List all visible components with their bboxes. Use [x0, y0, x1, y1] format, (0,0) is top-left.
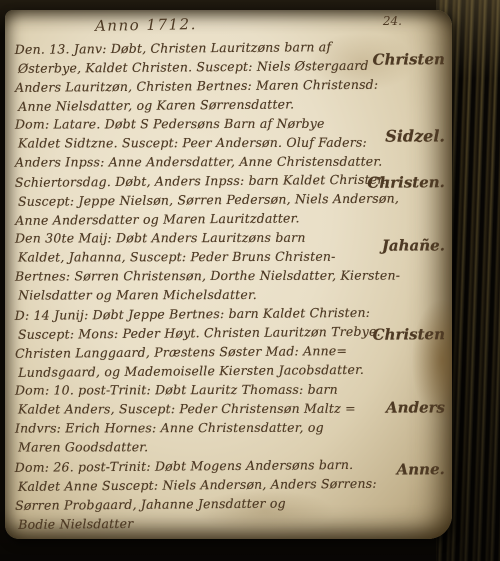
- baptism-entry: Schiertorsdag. Døbt, Anders Inpss: barn …: [15, 169, 445, 230]
- margin-child-name: Christen.: [367, 173, 445, 192]
- entry-text: Den 30te Maij: Døbt Anders Lauritzøns ba…: [15, 227, 445, 304]
- baptism-entry: Dom: Latare. Døbt S Pedersøns Barn af Nø…: [15, 113, 445, 171]
- margin-child-name: Christen: [373, 325, 445, 344]
- manuscript-page: 24. Anno 1712. Den. 13. Janv: Døbt, Chri…: [5, 10, 452, 539]
- entry-line: Kaldet Sidtzne. Suscept: Peer Andersøn. …: [18, 132, 445, 152]
- margin-child-name: Sidzel.: [385, 126, 445, 145]
- margin-child-name: Anne.: [396, 460, 444, 478]
- entry-line: Anders Inpss: Anne Andersdatter, Anne Ch…: [15, 151, 445, 171]
- register-entries: Den. 13. Janv: Døbt, Christen Lauritzøns…: [15, 38, 445, 532]
- entry-line: Lundsgaard, og Mademoiselle Kiersten Jac…: [18, 359, 445, 382]
- baptism-entry: D: 14 Junij: Døbt Jeppe Bertnes: barn Ka…: [15, 302, 446, 382]
- entry-line: Den 30te Maij: Døbt Anders Lauritzøns ba…: [15, 227, 445, 247]
- entry-line: Indvrs: Erich Hornes: Anne Christensdatt…: [15, 417, 445, 437]
- baptism-entry: Den 30te Maij: Døbt Anders Lauritzøns ba…: [15, 227, 445, 304]
- margin-child-name: Jahañe.: [382, 236, 445, 254]
- entry-text: Den. 13. Janv: Døbt, Christen Lauritzøns…: [15, 36, 446, 116]
- entry-line: Anne Andersdatter og Maren Lauritzdatter…: [15, 207, 445, 230]
- baptism-entry: Dom: 26. post-Trinit: Døbt Mogens Anders…: [15, 454, 446, 534]
- manuscript-photo: 24. Anno 1712. Den. 13. Janv: Døbt, Chri…: [0, 0, 500, 561]
- entry-line: Bodie Nielsdatter: [18, 511, 445, 534]
- entry-line: Maren Goodsdatter.: [18, 436, 445, 456]
- entry-line: Dom: Latare. Døbt S Pedersøns Barn af Nø…: [15, 113, 445, 133]
- baptism-entry: Den. 13. Janv: Døbt, Christen Lauritzøns…: [15, 36, 446, 116]
- entry-line: Kaldet Anders, Suscept: Peder Christensø…: [18, 398, 445, 418]
- entry-line: Anne Nielsdatter, og Karen Sørrensdatter…: [18, 93, 445, 116]
- margin-child-name: Anders: [386, 398, 445, 416]
- entry-line: Dom: 10. post-Trinit: Døbt Lauritz Thoma…: [15, 379, 445, 399]
- margin-child-name: Christen: [373, 50, 445, 69]
- entry-text: Dom: Latare. Døbt S Pedersøns Barn af Nø…: [15, 113, 445, 171]
- entry-text: Dom: 10. post-Trinit: Døbt Lauritz Thoma…: [15, 379, 445, 456]
- year-heading: Anno 1712.: [95, 15, 197, 35]
- entry-line: Bertnes: Sørren Christensøn, Dorthe Niel…: [15, 265, 445, 285]
- entry-text: Dom: 26. post-Trinit: Døbt Mogens Anders…: [15, 454, 446, 534]
- baptism-entry: Dom: 10. post-Trinit: Døbt Lauritz Thoma…: [15, 379, 445, 456]
- page-number: 24.: [383, 14, 402, 28]
- entry-line: Nielsdatter og Maren Michelsdatter.: [18, 284, 445, 304]
